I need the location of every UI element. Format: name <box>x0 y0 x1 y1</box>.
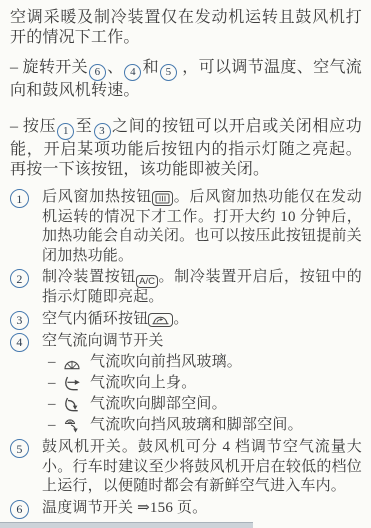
item-number-6: 6 <box>10 500 29 519</box>
circled-number-6: 6 <box>89 64 106 81</box>
legend-item-2-text: 制冷装置按钮A/C。制冷装置开启后，按钮中的指示灯随即亮起。 <box>42 268 362 308</box>
airflow-upper-body-icon <box>62 376 86 391</box>
legend-item-1-text: 后风窗加热按钮。后风窗加热功能仅在发动机运转的情况下才工作。打开大约 10 分钟… <box>42 188 362 266</box>
airflow-option-label: 气流吹向上身。 <box>90 374 196 394</box>
airflow-option-label: 气流吹向挡风玻璃和脚部空间。 <box>90 416 303 436</box>
airflow-option-label: 气流吹向脚部空间。 <box>90 395 227 415</box>
circled-number-4: 4 <box>124 64 141 81</box>
dash-bullet: – <box>48 395 62 415</box>
legend-item-3-text: 空气内循环按钮。 <box>42 310 362 330</box>
circled-number-5: 5 <box>160 64 177 81</box>
legend-item-2: 2 制冷装置按钮A/C。制冷装置开启后，按钮中的指示灯随即亮起。 <box>10 268 362 308</box>
item-number-5: 5 <box>10 439 29 458</box>
page-reference: ⇒156 页。 <box>137 500 207 516</box>
ac-button-icon: A/C <box>136 275 158 289</box>
airflow-option: –气流吹向前挡风玻璃。 <box>48 352 362 373</box>
dash-bullet: – <box>48 374 62 394</box>
item-number-3: 3 <box>10 311 29 330</box>
circled-number-1: 1 <box>57 123 74 140</box>
legend-item-4: 4 空气流向调节开关 –气流吹向前挡风玻璃。–气流吹向上身。–气流吹向脚部空间。… <box>10 332 362 437</box>
legend-item-3: 3 空气内循环按钮。 <box>10 310 362 330</box>
rotary-switch-note: – 旋转开关6、4和5 ，可以调节温度、空气流向和鼓风机转速。 <box>10 58 362 101</box>
circled-number-3: 3 <box>94 123 111 140</box>
item-number-4: 4 <box>10 333 29 352</box>
air-recirculation-icon <box>148 313 173 327</box>
button-label: A/C <box>139 277 155 287</box>
manual-page: 空调采暖及制冷装置仅在发动机运转且鼓风机打开的情况下工作。 – 旋转开关6、4和… <box>0 0 371 528</box>
airflow-options-list: –气流吹向前挡风玻璃。–气流吹向上身。–气流吹向脚部空间。–气流吹向挡风玻璃和脚… <box>42 352 362 436</box>
dash-bullet: – <box>48 353 62 373</box>
legend-item-4-text: 空气流向调节开关 –气流吹向前挡风玻璃。–气流吹向上身。–气流吹向脚部空间。–气… <box>42 332 362 437</box>
legend-list: 1 后风窗加热按钮。后风窗加热功能仅在发动机运转的情况下才工作。打开大约 10 … <box>10 188 362 519</box>
airflow-option-label: 气流吹向前挡风玻璃。 <box>90 353 242 373</box>
item-number-1: 1 <box>10 189 29 208</box>
bottom-page-bar <box>0 522 253 528</box>
airflow-option: –气流吹向挡风玻璃和脚部空间。 <box>48 415 362 436</box>
legend-item-1: 1 后风窗加热按钮。后风窗加热功能仅在发动机运转的情况下才工作。打开大约 10 … <box>10 188 362 266</box>
airflow-windshield-footwell-icon <box>62 418 86 433</box>
legend-item-4-title: 空气流向调节开关 <box>42 333 164 349</box>
dash-bullet: – <box>48 416 62 436</box>
rear-window-heat-icon <box>152 191 173 206</box>
legend-item-6-text: 温度调节开关 ⇒156 页。 <box>42 499 362 519</box>
intro-paragraph: 空调采暖及制冷装置仅在发动机运转且鼓风机打开的情况下工作。 <box>10 8 362 48</box>
airflow-option: –气流吹向上身。 <box>48 373 362 394</box>
airflow-option: –气流吹向脚部空间。 <box>48 394 362 415</box>
button-press-note: – 按压1至3之间的按钮可以开启或关闭相应功能，开启某项功能后按钮内的指示灯随之… <box>10 117 362 180</box>
legend-item-6: 6 温度调节开关 ⇒156 页。 <box>10 499 362 519</box>
legend-item-5: 5 鼓风机开关。鼓风机可分 4 档调节空气流量大小。行车时建议至少将鼓风机开启在… <box>10 438 362 497</box>
airflow-windshield-icon <box>62 356 86 370</box>
airflow-footwell-icon <box>62 397 86 412</box>
legend-item-5-text: 鼓风机开关。鼓风机可分 4 档调节空气流量大小。行车时建议至少将鼓风机开启在较低… <box>42 438 362 497</box>
item-number-2: 2 <box>10 269 29 288</box>
